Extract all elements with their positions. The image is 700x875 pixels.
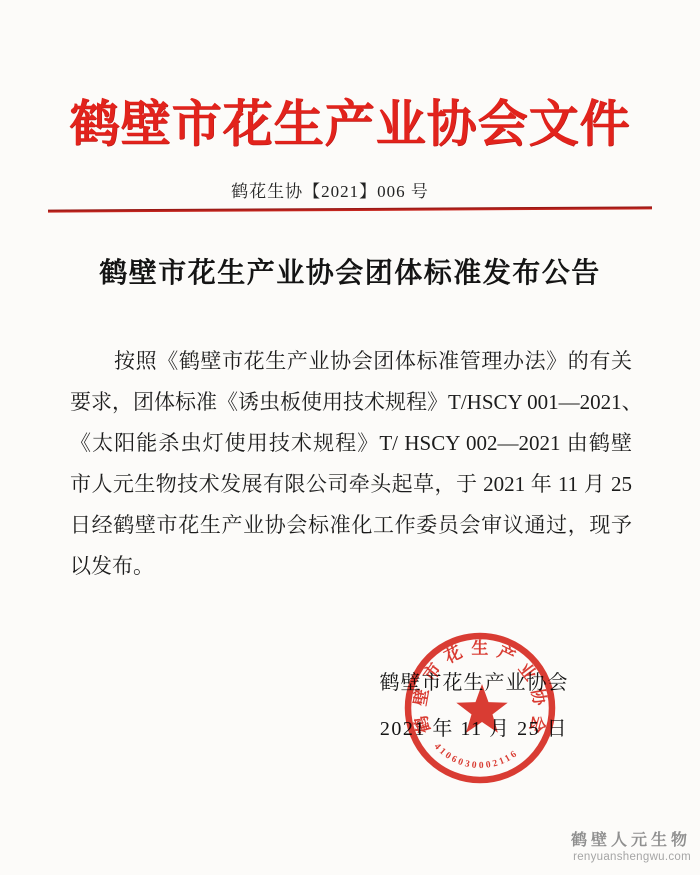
watermark-domain: renyuanshengwu.com [571,851,691,863]
body-line: 按照《鹤壁市花生产业协会团体标准管理办法》的有关 [70,341,632,382]
seal-ring [408,636,552,780]
body-line: 市人元生物技术发展有限公司牵头起草，于 2021 年 11 月 25 [70,464,632,505]
body-line: 要求，团体标准《诱虫板使用技术规程》T/HSCY 001—2021、 [70,382,632,423]
body-line: 日经鹤壁市花生产业协会标准化工作委员会审议通过，现予 [70,505,632,546]
red-divider-line [48,206,652,212]
body-line: 以发布。 [70,546,632,587]
seal-code: 4106030002116 [432,742,519,771]
watermark-brand-name: 鹤壁人元生物 [571,827,691,850]
body-line: 《太阳能杀虫灯使用技术规程》T/ HSCY 002—2021 由鹤壁 [70,423,632,464]
announcement-title: 鹤壁市花生产业协会团体标准发布公告 [35,251,665,291]
body-paragraph: 按照《鹤壁市花生产业协会团体标准管理办法》的有关 要求，团体标准《诱虫板使用技术… [70,341,632,587]
signature-organization: 鹤壁市花生产业协会 [374,666,574,695]
document-number: 鹤花生协【2021】006 号 [0,177,660,202]
document-page: 鹤壁市花生产业协会文件 鹤花生协【2021】006 号 鹤壁市花生产业协会团体标… [0,0,700,875]
document-header-title: 鹤壁市花生产业协会文件 [35,84,665,156]
signature-date: 2021 年 11 月 25 日 [374,712,574,741]
watermark: 鹤壁人元生物 renyuanshengwu.com [571,827,691,863]
